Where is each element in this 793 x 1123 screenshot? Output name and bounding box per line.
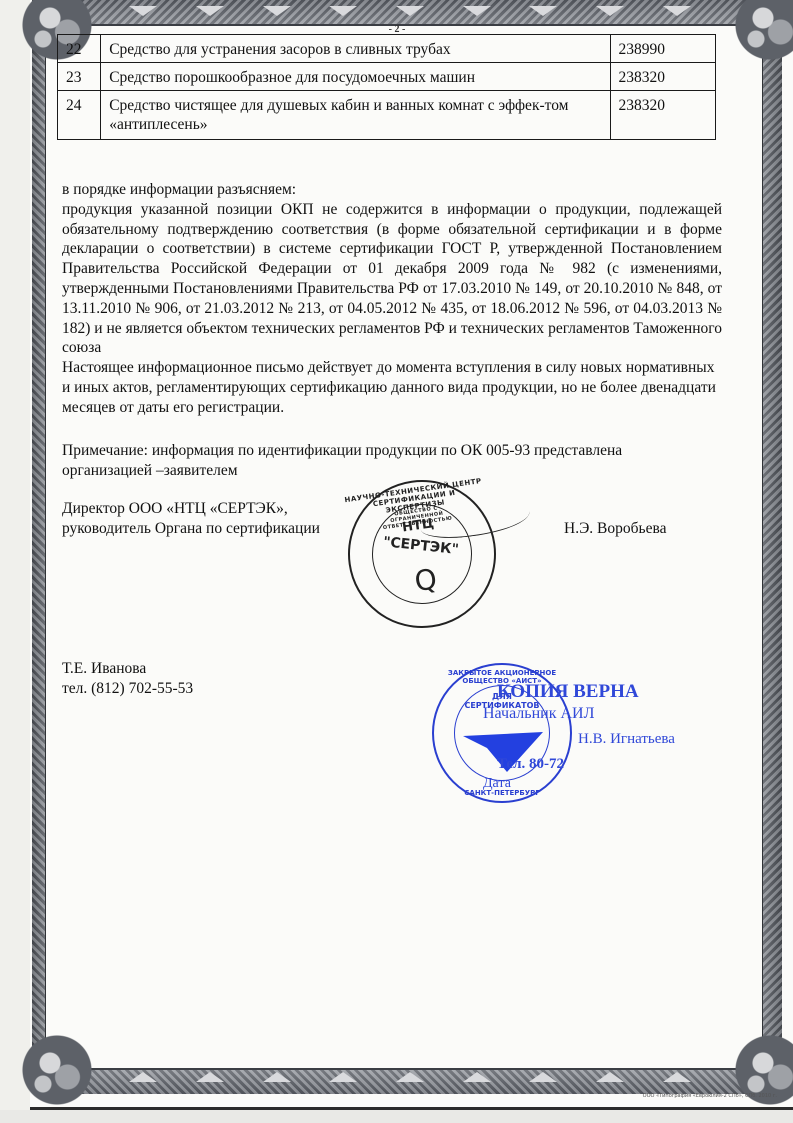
okp-code: 238990	[610, 35, 716, 63]
frame-chevrons-top	[110, 6, 710, 16]
ornament-corner-icon	[22, 1035, 92, 1105]
table-row: 24 Средство чистящее для душевых кабин и…	[58, 91, 716, 140]
product-name: Средство чистящее для душевых кабин и ва…	[101, 91, 610, 140]
copy-certifier-name: Н.В. Игнатьева	[578, 731, 675, 748]
row-number: 22	[58, 35, 101, 63]
copy-certifier-phone: Тел. 80-72	[497, 756, 564, 773]
frame-border-right	[762, 0, 782, 1092]
frame-border-left	[32, 0, 46, 1092]
row-number: 23	[58, 63, 101, 91]
printer-imprint: ООО «Типография «Евроюлия-2 СПб», СПб. 2…	[643, 1093, 777, 1099]
table-row: 22 Средство для устранения засоров в сли…	[58, 35, 716, 63]
paragraph-certification-status: продукция указанной позиции ОКП не содер…	[62, 200, 722, 358]
signer-title-line-1: Директор ООО «НТЦ «СЕРТЭК»,	[62, 500, 288, 517]
ornament-corner-icon	[735, 0, 793, 60]
copy-certifier-role: Начальник АИЛ	[483, 705, 594, 723]
note-section: Примечание: информация по идентификации …	[62, 441, 722, 481]
note-text: Примечание: информация по идентификации …	[62, 441, 702, 481]
table-row: 23 Средство порошкообразное для посудомо…	[58, 63, 716, 91]
product-name: Средство порошкообразное для посудомоечн…	[101, 63, 610, 91]
frame-chevrons-bottom	[110, 1072, 710, 1082]
seal-stamp-sertek: НАУЧНО-ТЕХНИЧЕСКИЙ ЦЕНТР СЕРТИФИКАЦИИ И …	[338, 470, 505, 637]
document-page: - 2 - 22 Средство для устранения засоров…	[0, 0, 793, 1110]
copy-true-label: КОПИЯ ВЕРНА	[497, 681, 639, 703]
signer-title-line-2: руководитель Органа по сертификации	[62, 520, 320, 537]
signer-name: Н.Э. Воробьева	[564, 519, 666, 539]
explanation-section: в порядке информации разъясняем: продукц…	[62, 180, 722, 418]
contact-person: Т.Е. Иванова	[62, 659, 722, 679]
copy-date-label: Дата	[483, 776, 511, 792]
paragraph-validity: Настоящее информационное письмо действуе…	[62, 358, 722, 417]
intro-line: в порядке информации разъясняем:	[62, 180, 722, 200]
row-number: 24	[58, 91, 101, 140]
okp-code: 238320	[610, 91, 716, 140]
okp-code: 238320	[610, 63, 716, 91]
product-table: 22 Средство для устранения засоров в сли…	[57, 34, 716, 140]
scan-margin	[0, 0, 30, 1110]
product-name: Средство для устранения засоров в сливны…	[101, 35, 610, 63]
